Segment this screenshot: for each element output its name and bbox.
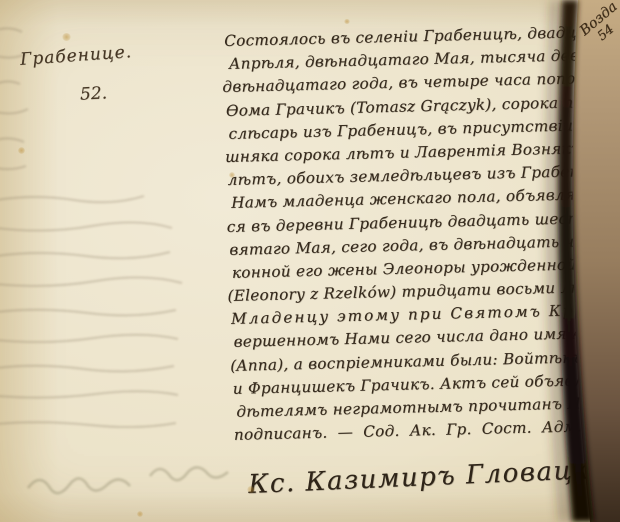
foxing-spot xyxy=(62,33,71,41)
margin-place-name: Грабенице. xyxy=(19,42,132,70)
foxing-spot xyxy=(229,172,235,178)
margin-record-number: 52. xyxy=(79,83,107,104)
register-page-photo: Грабенице. 52. Состоялось въ селеніи Гра… xyxy=(0,0,620,522)
foxing-spot xyxy=(344,19,350,24)
ink-bleedthrough-left xyxy=(0,0,240,522)
foxing-spot xyxy=(137,511,143,517)
book-gutter xyxy=(510,0,620,522)
foxing-spot xyxy=(247,486,255,493)
foxing-spot xyxy=(18,147,25,154)
